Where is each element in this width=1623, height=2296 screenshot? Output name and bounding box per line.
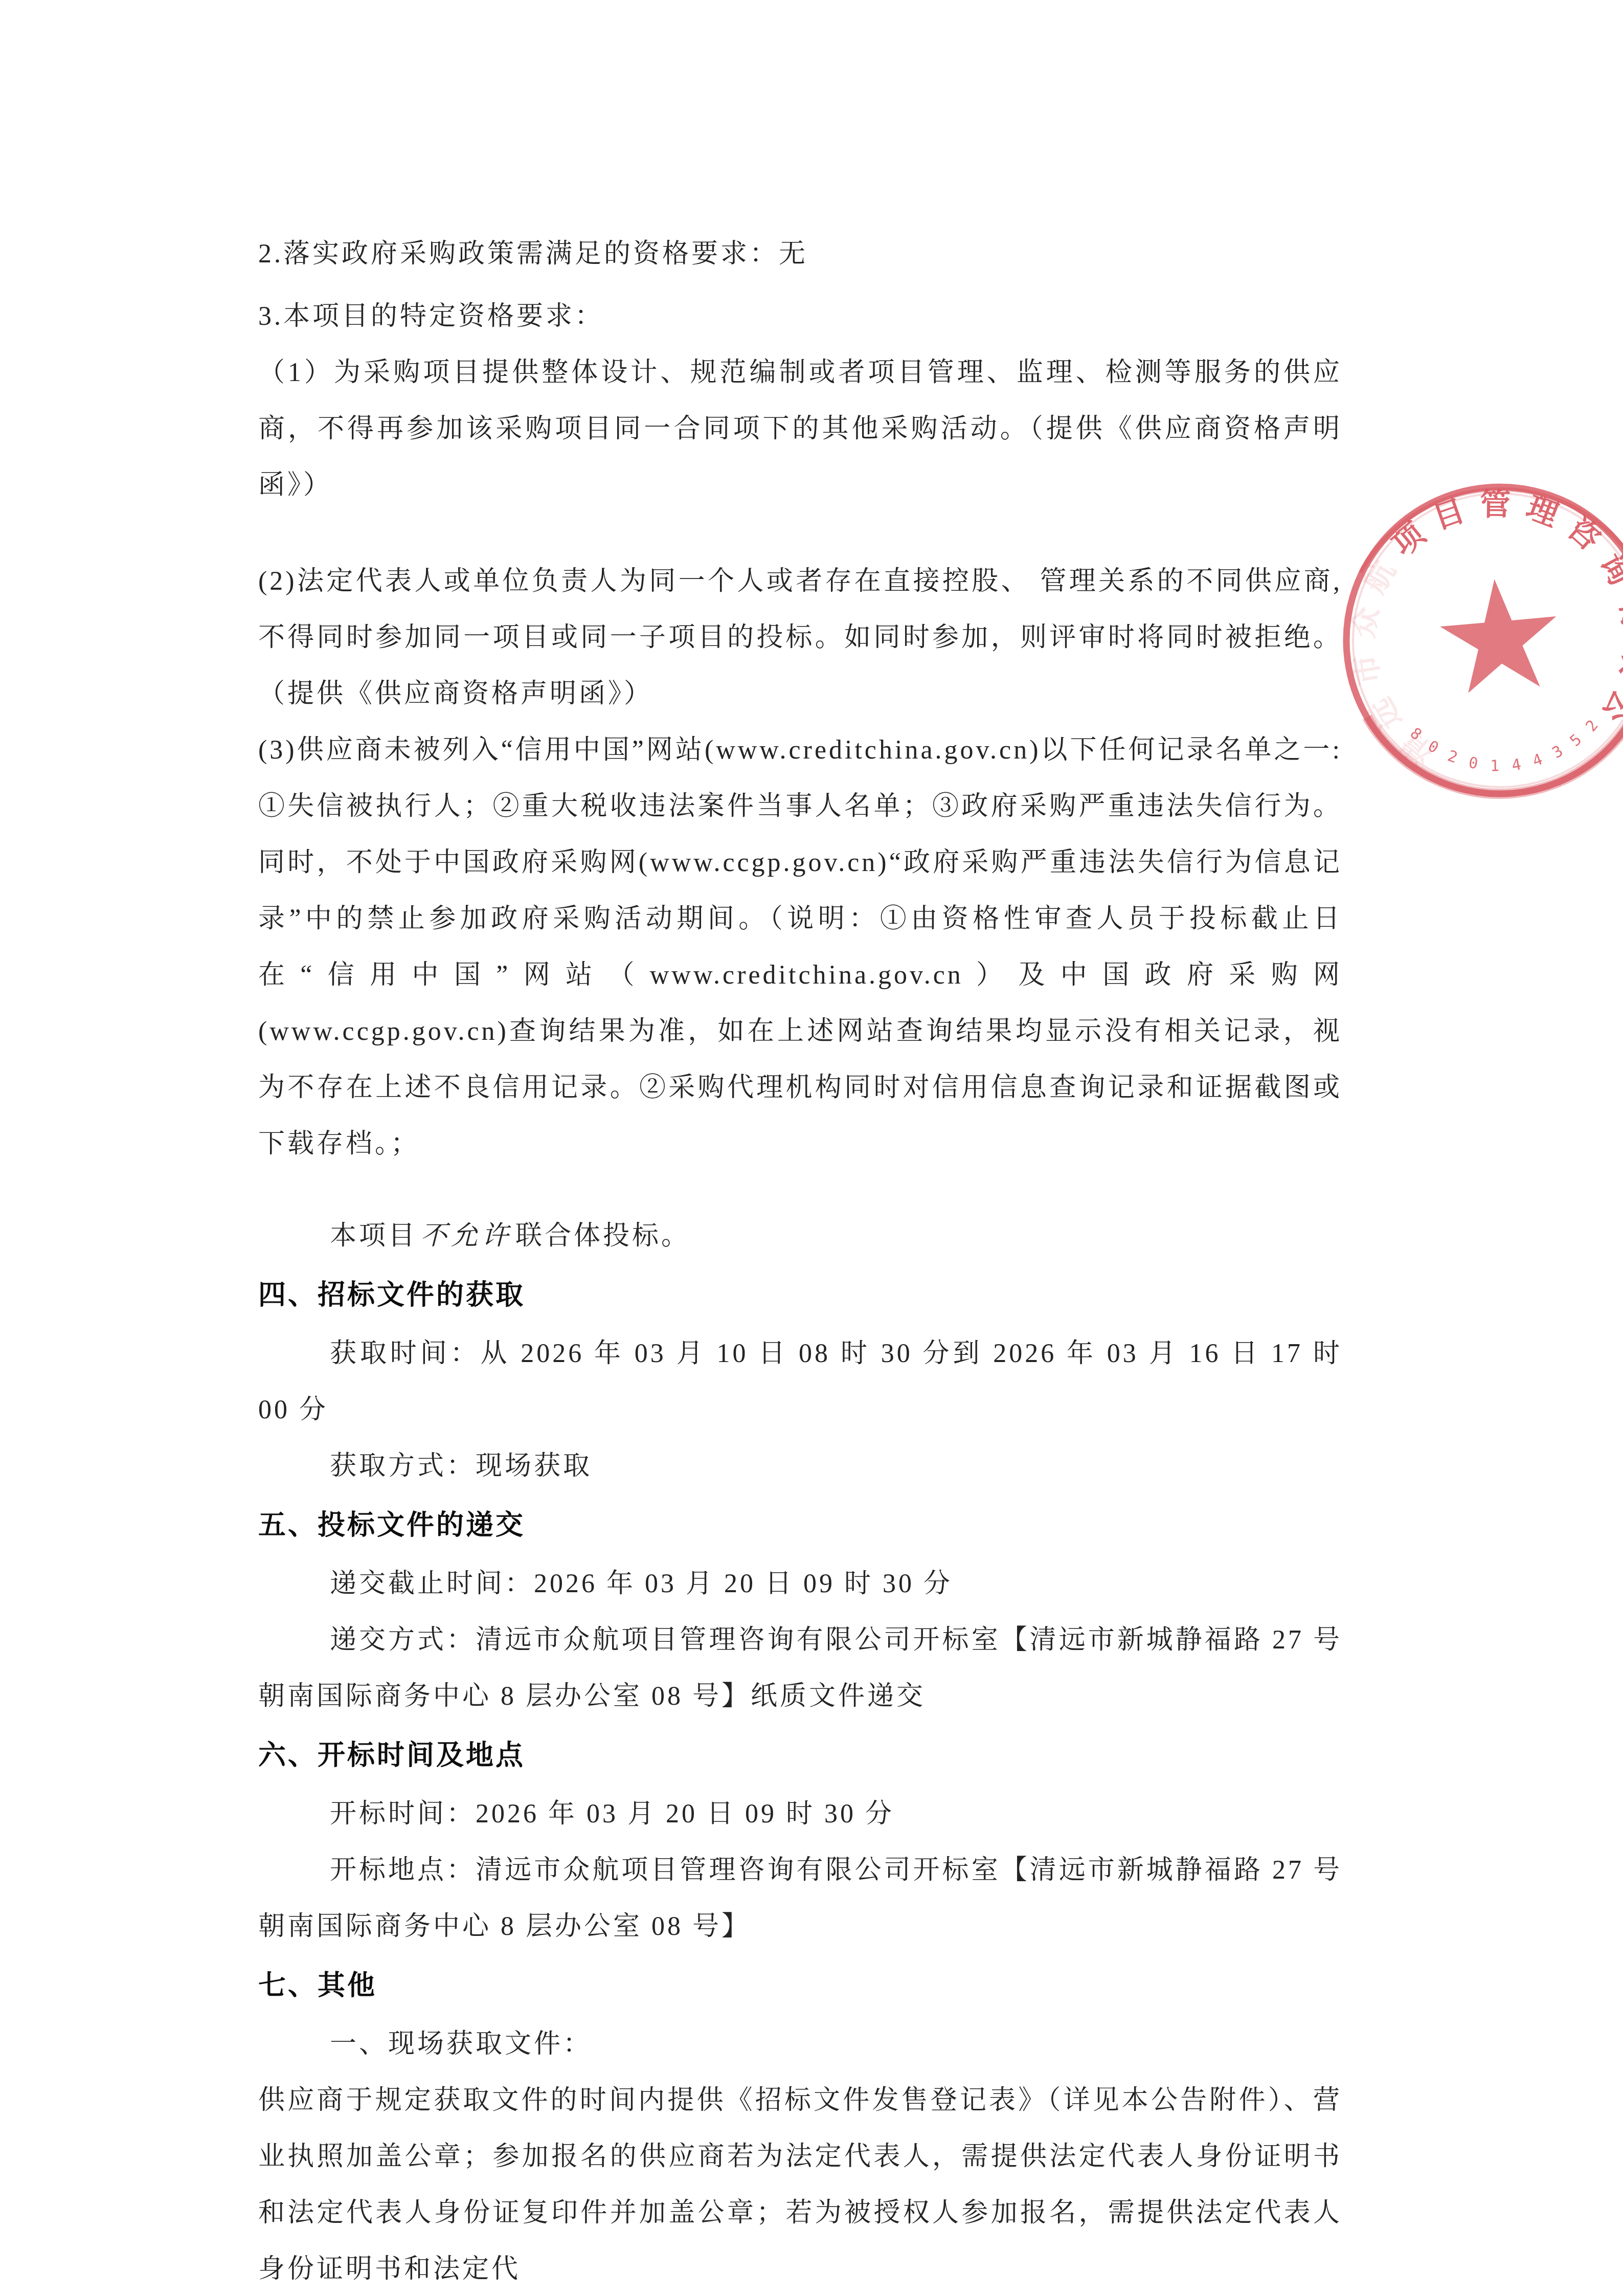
section-heading: 四、招标文件的获取: [258, 1264, 1342, 1326]
stamp-arc-text-faint: 清远市众航: [1337, 540, 1442, 776]
paragraph-requirement-2: (2)法定代表人或单位负责人为同一个人或者存在直接控股、 管理关系的不同供应商,…: [258, 553, 1342, 722]
submission-deadline: 递交截止时间：2026 年 03 月 20 日 09 时 30 分: [258, 1556, 1342, 1612]
stamp-inner-ring: [1341, 481, 1623, 799]
scanned-document-page: 2.落实政府采购政策需满足的资格要求：无 3.本项目的特定资格要求： （1）为采…: [0, 0, 1623, 2296]
acquisition-method: 获取方式：现场获取: [258, 1438, 1342, 1495]
document-content: 2.落实政府采购政策需满足的资格要求：无 3.本项目的特定资格要求： （1）为采…: [258, 226, 1342, 2296]
section-others: 七、其他 一、现场获取文件： 供应商于规定获取文件的时间内提供《招标文件发售登记…: [258, 1955, 1342, 2296]
star-icon: [1436, 574, 1562, 695]
acquisition-time: 获取时间：从 2026 年 03 月 10 日 08 时 30 分到 2026 …: [258, 1326, 1342, 1438]
stamp-top-smear: [1354, 478, 1623, 572]
stamp-bottom-smear: [1367, 693, 1623, 806]
opening-time: 开标时间：2026 年 03 月 20 日 09 时 30 分: [258, 1786, 1342, 1842]
section-heading: 五、投标文件的递交: [258, 1495, 1342, 1556]
paragraph-specific-requirement-title: 3.本项目的特定资格要求：: [258, 288, 1342, 345]
opening-location: 开标地点：清远市众航项目管理咨询有限公司开标室【清远市新城静福路 27 号朝南国…: [258, 1842, 1342, 1955]
paragraph-requirement-1: （1）为采购项目提供整体设计、规范编制或者项目管理、监理、检测等服务的供应商，不…: [258, 345, 1342, 514]
stamp-arc-text-main: 项目管理咨询有限公司: [1317, 457, 1623, 765]
joint-bid-note: 本项目不允许联合体投标。: [258, 1208, 1342, 1264]
stamp-seal-icon: 清远市众航项目管理咨询有限公司 8020144352: [1317, 457, 1623, 823]
joint-bid-emphasis: 不允许: [417, 1221, 515, 1251]
stamp-serial-number: 8020144352: [1405, 705, 1614, 784]
section-heading: 七、其他: [258, 1955, 1342, 2016]
stamp-arc-text: 清远市众航项目管理咨询有限公司: [1317, 457, 1623, 779]
paragraph-policy-requirement: 2.落实政府采购政策需满足的资格要求：无: [258, 226, 1342, 282]
section-heading: 六、开标时间及地点: [258, 1725, 1342, 1786]
section-bid-submission: 五、投标文件的递交 递交截止时间：2026 年 03 月 20 日 09 时 3…: [258, 1495, 1342, 1725]
stamp-outer-ring: [1334, 474, 1623, 807]
onsite-acquisition-detail: 供应商于规定获取文件的时间内提供《招标文件发售登记表》（详见本公告附件）、营业执…: [258, 2072, 1342, 2296]
section-document-acquisition: 四、招标文件的获取 获取时间：从 2026 年 03 月 10 日 08 时 3…: [258, 1264, 1342, 1495]
joint-bid-suffix: 联合体投标。: [515, 1221, 690, 1251]
submission-method: 递交方式：清远市众航项目管理咨询有限公司开标室【清远市新城静福路 27 号朝南国…: [258, 1612, 1342, 1725]
paragraph-requirement-3: (3)供应商未被列入“信用中国”网站(www.creditchina.gov.c…: [258, 722, 1342, 1172]
company-stamp: 清远市众航项目管理咨询有限公司 8020144352: [1317, 457, 1623, 823]
section-bid-opening: 六、开标时间及地点 开标时间：2026 年 03 月 20 日 09 时 30 …: [258, 1725, 1342, 1955]
joint-bid-prefix: 本项目: [330, 1221, 417, 1251]
onsite-acquisition-title: 一、现场获取文件：: [258, 2016, 1342, 2072]
